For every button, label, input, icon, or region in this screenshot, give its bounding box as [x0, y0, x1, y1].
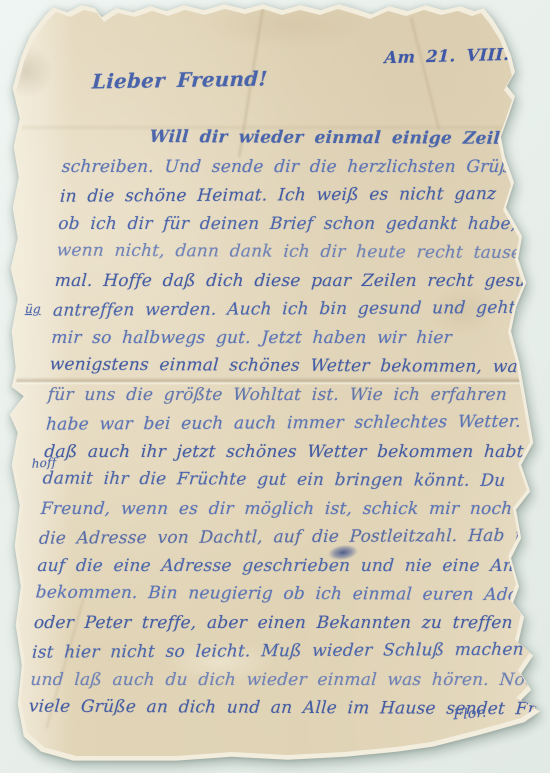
letter-line: mir so halbwegs gut. Jetzt haben wir hie…	[50, 324, 550, 353]
letter-paper-wrap: Am 21. VIII. 44. Lieber Freund! Will dir…	[0, 0, 550, 773]
letter-line: habe war bei euch auch immer schlechtes …	[45, 407, 550, 439]
letter-line: oder Peter treffe, aber einen Bekannten …	[33, 609, 550, 638]
letter-line: wenn nicht, dann dank ich dir heute rech…	[56, 237, 550, 268]
letter-line: antreffen werden. Auch ich bin gesund un…	[52, 293, 550, 325]
crossed-out-correction: üg	[25, 302, 42, 316]
letter-line: ob ich dir für deinen Brief schon gedank…	[57, 210, 550, 239]
letter-line: und laß auch du dich wieder einmal was h…	[30, 666, 550, 695]
letter-line: in die schöne Heimat. Ich weiß es nicht …	[59, 179, 550, 211]
letter-line: ist hier nicht so leicht. Muß wieder Sch…	[31, 635, 550, 667]
letter-salutation: Lieber Freund!	[92, 66, 269, 93]
letter-line: schreiben. Und sende dir die herzlichste…	[61, 153, 550, 182]
letter-body: Will dir wieder einmal einige Zeilen sch…	[28, 124, 550, 723]
letter-line: für uns die größte Wohltat ist. Wie ich …	[47, 381, 550, 410]
letter-line: daß auch ihr jetzt schönes Wetter bekomm…	[43, 438, 550, 467]
letter-date: Am 21. VIII. 44.	[384, 44, 550, 67]
letter-line: bekommen. Bin neugierig ob ich einmal eu…	[35, 579, 550, 610]
letter-line: wenigstens einmal schönes Wetter bekomme…	[49, 351, 550, 382]
letter-line: die Adresse von Dachtl, auf die Postleit…	[38, 521, 550, 553]
inserted-word: hoff	[32, 455, 57, 471]
letter-line: Will dir wieder einmal einige Zeilen	[63, 123, 550, 154]
letter-paper: Am 21. VIII. 44. Lieber Freund! Will dir…	[0, 0, 550, 773]
letter-line: Freund, wenn es dir möglich ist, schick …	[40, 495, 550, 524]
scanner-background: { "scan": { "background_color": "#e9f0ec…	[0, 0, 550, 773]
letter-line: auf die eine Adresse geschrieben und nie…	[37, 552, 550, 581]
letter-line: damit ihr die Früchte gut ein bringen kö…	[42, 465, 550, 496]
handwriting-layer: Am 21. VIII. 44. Lieber Freund! Will dir…	[0, 0, 550, 773]
signature: Flor.	[453, 705, 487, 724]
letter-line: mal. Hoffe daß dich diese paar Zeilen re…	[54, 267, 550, 296]
